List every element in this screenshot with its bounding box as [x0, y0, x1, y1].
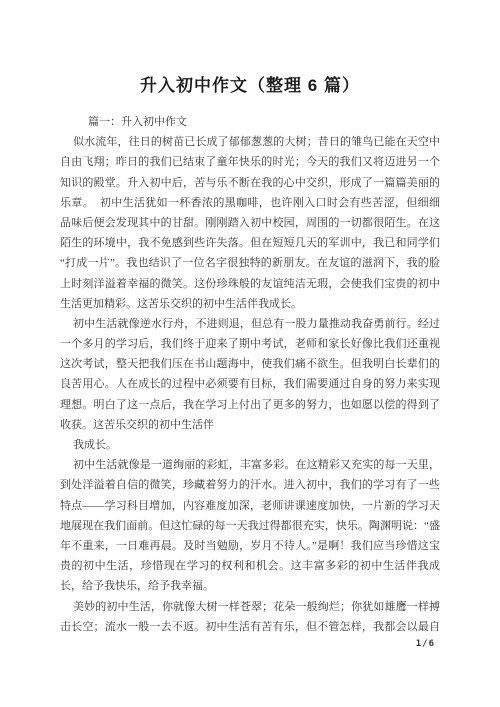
text-line: 良苦用心。人在成长的过程中必须要有目标，我们需要通过自身的努力来实现	[60, 374, 440, 394]
text-line: 收获。这苦乐交织的初中生活伴	[60, 415, 440, 435]
text-line: 品味后便会发现其中的甘甜。刚刚踏入初中校园，周围的一切都很陌生。在这	[60, 213, 440, 233]
text-line: 地展现在我们面前。但这忙碌的每一天我过得都很充实，快乐。陶渊明说：“盛	[60, 516, 440, 536]
text-line: “打成一片”。我也结识了一位名字很独特的新朋友。在友谊的滋润下，我的脸	[60, 253, 440, 273]
text-line: 自由飞翔；昨日的我们已结束了童年快乐的时光；今天的我们又将迈进另一个	[60, 152, 440, 172]
text-line: 到处洋溢着自信的微笑，珍藏着努力的汗水。进入初中，我们的学习有了一些	[60, 475, 440, 495]
text-line: 乐章。 初中生活犹如一杯香浓的黑咖啡，也许刚入口时会有些苦涩，但细细	[60, 193, 440, 213]
text-line: 我成长。	[60, 435, 440, 455]
text-line: 生活更加精彩。这苦乐交织的初中生活伴我成长。	[60, 294, 440, 314]
document-title: 升入初中作文（整理 6 篇）	[0, 71, 500, 96]
text-line: 长，给予我快乐，给予我幸福。	[60, 576, 440, 596]
document-body: 篇一：升入初中作文似水流年，往日的树苗已长成了郁郁葱葱的大树；昔日的雏鸟已能在天…	[60, 112, 440, 637]
text-line: 似水流年，往日的树苗已长成了郁郁葱葱的大树；昔日的雏鸟已能在天空中	[60, 132, 440, 152]
text-line: 理想。明白了这一点后，我在学习上付出了更多的努力，也如愿以偿的得到了	[60, 395, 440, 415]
text-line: 初中生活就像逆水行舟，不进则退，但总有一股力量推动我奋勇前行。经过	[60, 314, 440, 334]
text-line: 知识的殿堂。升入初中后，苦与乐不断在我的心中交织，形成了一篇篇美丽的	[60, 173, 440, 193]
text-line: 篇一：升入初中作文	[60, 112, 440, 132]
text-line: 贵的初中生活，珍惜现在学习的权利和机会。这丰富多彩的初中生活伴我成	[60, 556, 440, 576]
text-line: 击长空；流水一般一去不返。初中生活有苦有乐，但不管怎样，我都会以最自	[60, 617, 440, 637]
text-line: 一个多月的学习后，我们终于迎来了期中考试，老师和家长好像比我们还重视	[60, 334, 440, 354]
text-line: 特点——学习科目增加，内容难度加深，老师讲课速度加快，一片新的学习天	[60, 496, 440, 516]
text-line: 这次考试，整天把我们压在书山题海中，使我们痛不欲生。但我明白长辈们的	[60, 354, 440, 374]
text-line: 年不重来，一日难再晨。及时当勉励，岁月不待人。”是啊！我们应当珍惜这宝	[60, 536, 440, 556]
text-line: 陌生的环境中，我不免感到些许失落。但在短短几天的军训中，我已和同学们	[60, 233, 440, 253]
page-number-indicator: 1/6	[416, 639, 435, 649]
text-line: 初中生活就像是一道绚丽的彩虹，丰富多彩。在这精彩又充实的每一天里，	[60, 455, 440, 475]
document-page: 升入初中作文（整理 6 篇） 篇一：升入初中作文似水流年，往日的树苗已长成了郁郁…	[0, 0, 500, 707]
text-line: 上时刻洋溢着幸福的微笑。这份珍珠般的友谊纯洁无瑕，会使我们宝贵的初中	[60, 274, 440, 294]
text-line: 美妙的初中生活，你就像大树一样苍翠；花朵一般绚烂；你犹如雄鹰一样搏	[60, 597, 440, 617]
